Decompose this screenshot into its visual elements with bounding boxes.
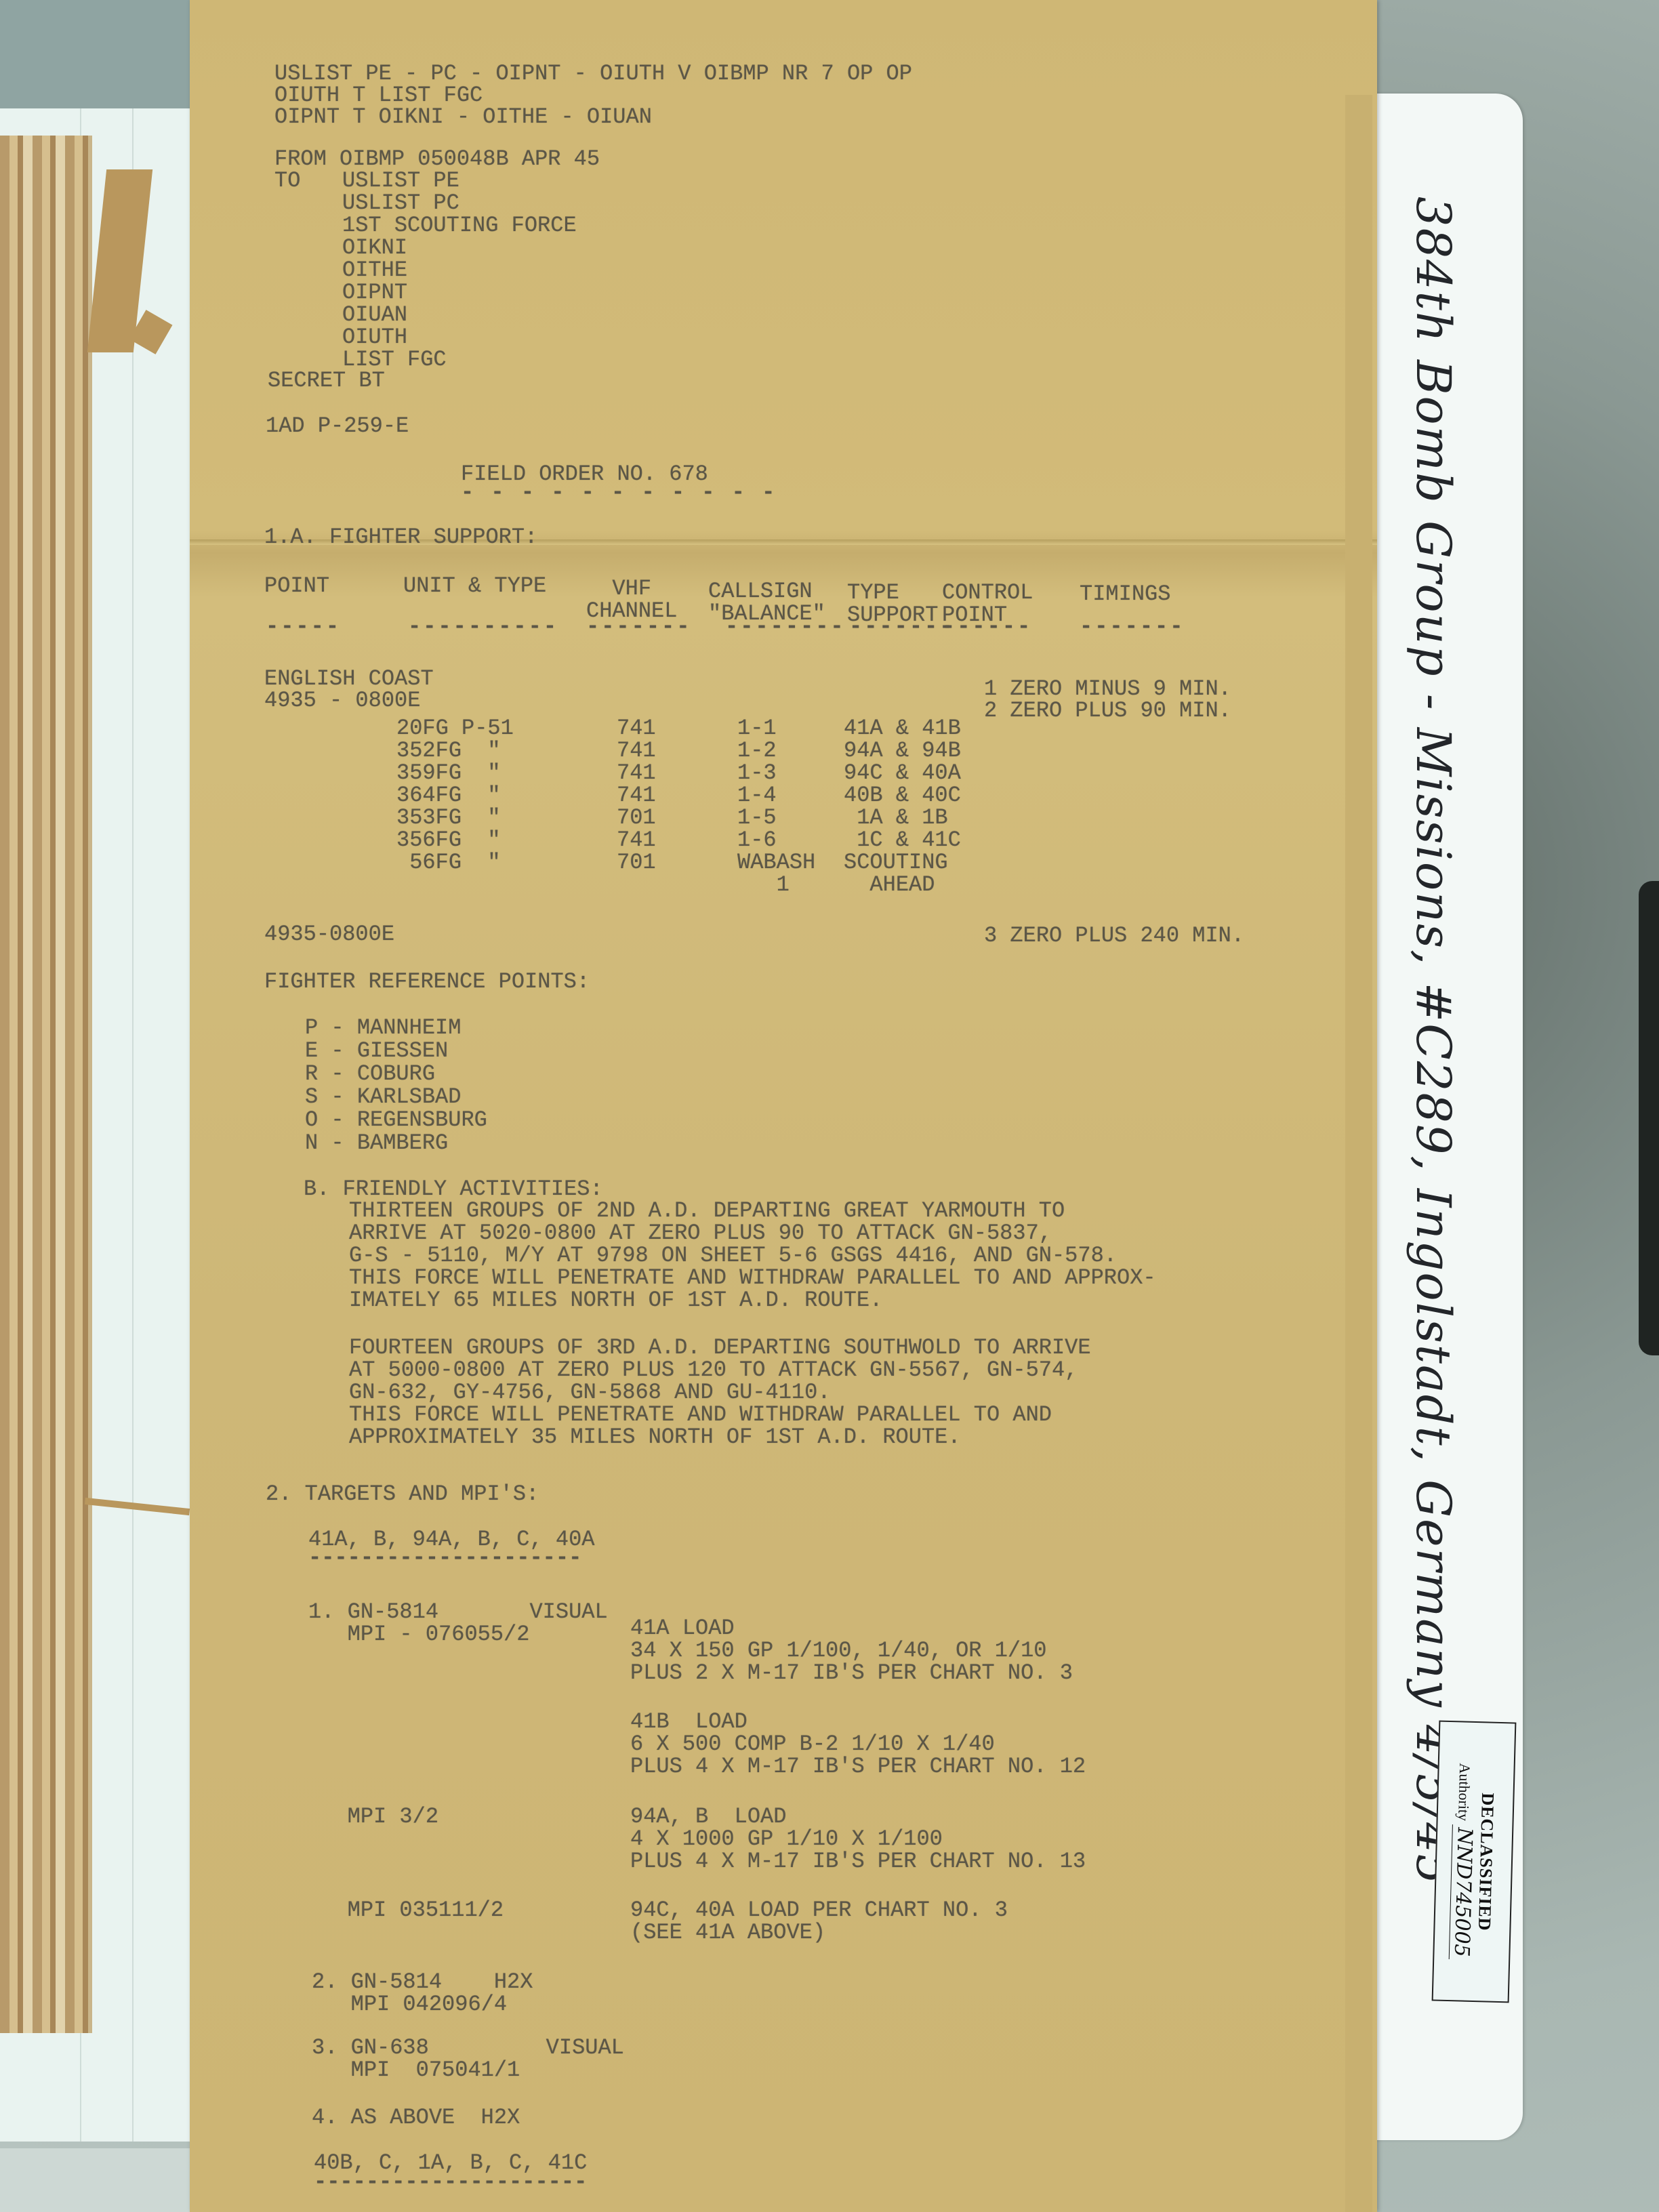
header-rule: ------ xyxy=(942,615,1032,638)
header-line: OIUTH T LIST FGC xyxy=(274,84,483,106)
target-load: 94A, B LOAD 4 X 1000 GP 1/10 X 1/100 PLU… xyxy=(630,1805,1086,1872)
type-support-cell: 41A & 41B xyxy=(844,717,961,739)
point-start: ENGLISH COAST xyxy=(264,668,434,690)
reference-number: 1AD P-259-E xyxy=(266,415,409,437)
timing-end: 3 ZERO PLUS 240 MIN. xyxy=(984,924,1244,947)
timing: 1 ZERO MINUS 9 MIN. xyxy=(984,678,1231,700)
callsign-cell: 1-6 xyxy=(737,829,777,851)
type-support-cell: 94C & 40A xyxy=(844,762,961,784)
recipient: OIKNI xyxy=(342,237,407,259)
folder-handwritten-label: 384th Bomb Group - Missions, #C289, Ingo… xyxy=(1406,197,1461,1885)
unit-type-cell: 56FG " xyxy=(396,851,501,874)
target-left: 1. GN-5814 VISUAL MPI - 076055/2 xyxy=(308,1601,608,1645)
unit-type-cell: 356FG " xyxy=(396,829,501,851)
callsign-cell: 1-4 xyxy=(737,784,777,806)
recipient: OIUAN xyxy=(342,304,407,326)
recipient: 1ST SCOUTING FORCE xyxy=(342,214,577,237)
section-1a-heading: 1.A. FIGHTER SUPPORT: xyxy=(264,526,537,548)
target-load: 94C, 40A LOAD PER CHART NO. 3 (SEE 41A A… xyxy=(630,1899,1008,1944)
background-top xyxy=(0,0,203,108)
vhf-cell: 701 xyxy=(617,806,656,829)
recipient: USLIST PE xyxy=(342,169,459,192)
recipient: OIPNT xyxy=(342,281,407,304)
target-group-underline: --------------------- xyxy=(308,1547,581,1569)
friendly-paragraph: FOURTEEN GROUPS OF 3RD A.D. DEPARTING SO… xyxy=(349,1336,1091,1448)
header-rule: ------- xyxy=(1080,615,1185,638)
vhf-cell: 701 xyxy=(617,851,656,874)
header-rule: ------- xyxy=(849,615,954,638)
folder-crease xyxy=(132,108,134,2142)
type-support-cell: 40B & 40C xyxy=(844,784,961,806)
paper-stack xyxy=(0,136,92,2033)
header-rule: ----- xyxy=(266,615,341,638)
vhf-cell: 741 xyxy=(617,762,656,784)
target-left: MPI 035111/2 xyxy=(308,1899,504,1921)
header-line: USLIST PE - PC - OIPNT - OIUTH V OIBMP N… xyxy=(274,62,912,85)
section-2-heading: 2. TARGETS AND MPI'S: xyxy=(266,1483,539,1505)
reference-point: P - MANNHEIM xyxy=(305,1017,461,1039)
classification: SECRET BT xyxy=(268,369,385,392)
recipient: OIUTH xyxy=(342,326,407,348)
vhf-cell: 741 xyxy=(617,784,656,806)
vhf-cell: 741 xyxy=(617,829,656,851)
header-rule: ---------- xyxy=(408,615,558,638)
left-folder-bottom xyxy=(0,2148,193,2212)
target-left: MPI 3/2 xyxy=(308,1805,438,1828)
unit-type-cell: 353FG " xyxy=(396,806,501,829)
section-b-heading: B. FRIENDLY ACTIVITIES: xyxy=(304,1178,603,1200)
reference-point: O - REGENSBURG xyxy=(305,1109,487,1131)
other-target: 2. GN-5814 H2X MPI 042096/4 xyxy=(312,1971,533,2015)
reference-point: N - BAMBERG xyxy=(305,1132,448,1154)
reference-point: R - COBURG xyxy=(305,1063,435,1085)
callsign-cell: 1-5 xyxy=(737,806,777,829)
dark-device xyxy=(1639,881,1659,1355)
reference-point: S - KARLSBAD xyxy=(305,1086,461,1108)
point-start: 4935 - 0800E xyxy=(264,689,420,712)
other-target: 3. GN-638 VISUAL MPI 075041/1 xyxy=(312,2036,624,2081)
target-load: 41A LOAD 34 X 150 GP 1/100, 1/40, OR 1/1… xyxy=(630,1617,1073,1684)
from-line: FROM OIBMP 050048B APR 45 xyxy=(274,148,600,170)
col-header-timings: TIMINGS xyxy=(1080,583,1170,605)
stamp-authority-value: NND745005 xyxy=(1449,1824,1477,1960)
vhf-cell: 741 xyxy=(617,739,656,762)
reference-point: E - GIESSEN xyxy=(305,1040,448,1062)
callsign-cell: 1-2 xyxy=(737,739,777,762)
target-load: 41B LOAD 6 X 500 COMP B-2 1/10 X 1/40 PL… xyxy=(630,1711,1086,1778)
col-header-unit-type: UNIT & TYPE xyxy=(403,575,546,597)
header-rule: -------- xyxy=(725,615,846,638)
reference-points-heading: FIGHTER REFERENCE POINTS: xyxy=(264,970,590,993)
to-label: TO xyxy=(274,169,300,192)
title-underline: - - - - - - - - - - - xyxy=(461,481,777,504)
vhf-cell: 741 xyxy=(617,717,656,739)
unit-type-cell: 359FG " xyxy=(396,762,501,784)
unit-type-cell: 352FG " xyxy=(396,739,501,762)
header-rule: ------- xyxy=(586,615,691,638)
recipient: USLIST PC xyxy=(342,192,459,214)
type-support-cell: 1C & 41C xyxy=(844,829,961,851)
declassified-stamp: DECLASSIFIED Authority NND745005 xyxy=(1432,1721,1517,2003)
timing: 2 ZERO PLUS 90 MIN. xyxy=(984,699,1231,722)
stamp-authority-label: Authority xyxy=(1455,1763,1473,1821)
callsign-cell: 1-3 xyxy=(737,762,777,784)
unit-type-cell: 364FG " xyxy=(396,784,501,806)
other-target: 4. AS ABOVE H2X xyxy=(312,2106,520,2129)
type-support-cell: 94A & 94B xyxy=(844,739,961,762)
callsign-cell: WABASH 1 xyxy=(737,851,815,896)
header-line: OIPNT T OIKNI - OITHE - OIUAN xyxy=(274,106,652,128)
type-support-cell: SCOUTING AHEAD xyxy=(844,851,948,896)
target-group-underline: --------------------- xyxy=(314,2171,587,2193)
document-edge xyxy=(1345,95,1372,2212)
col-header-point: POINT xyxy=(264,575,329,597)
friendly-paragraph: THIRTEEN GROUPS OF 2ND A.D. DEPARTING GR… xyxy=(349,1200,1156,1311)
field-order-document: USLIST PE - PC - OIPNT - OIUTH V OIBMP N… xyxy=(190,0,1377,2212)
type-support-cell: 1A & 1B xyxy=(844,806,948,829)
point-end: 4935-0800E xyxy=(264,923,394,945)
recipient: OITHE xyxy=(342,259,407,281)
callsign-cell: 1-1 xyxy=(737,717,777,739)
unit-type-cell: 20FG P-51 xyxy=(396,717,514,739)
